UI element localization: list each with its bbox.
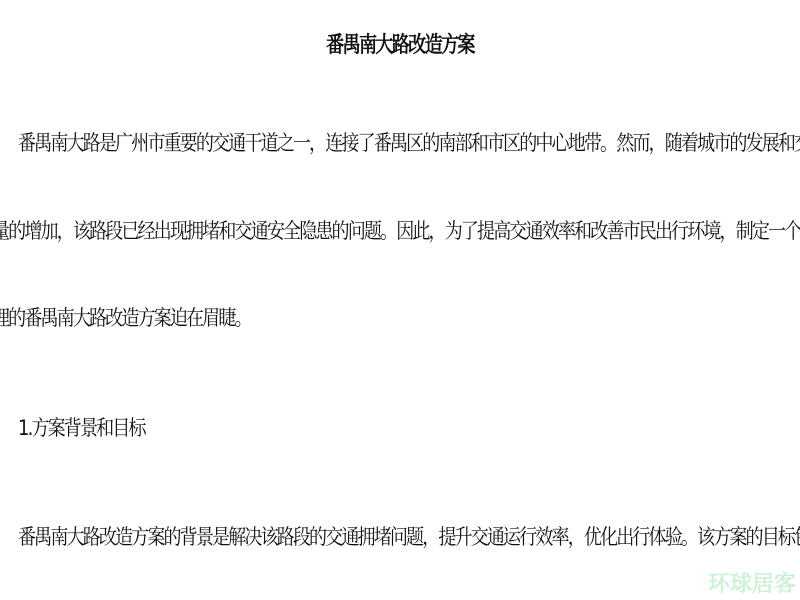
section-heading: 1.方案背景和目标 [18,413,145,443]
intro-paragraph-line-2: 量的增加，该路段已经出现拥堵和交通安全隐患的问题。因此，为了提高交通效率和改善市… [0,216,800,246]
intro-paragraph-line-3: 理的番禺南大路改造方案迫在眉睫。 [0,303,251,333]
section-paragraph: 番禺南大路改造方案的背景是解决该路段的交通拥堵问题，提升交通运行效率，优化出行体… [18,522,800,552]
document-title: 番禺南大路改造方案 [72,28,728,59]
watermark-logo: 环球居客 [708,567,796,598]
intro-paragraph-line-1: 番禺南大路是广州市重要的交通干道之一，连接了番禺区的南部和市区的中心地带。然而，… [18,128,800,158]
